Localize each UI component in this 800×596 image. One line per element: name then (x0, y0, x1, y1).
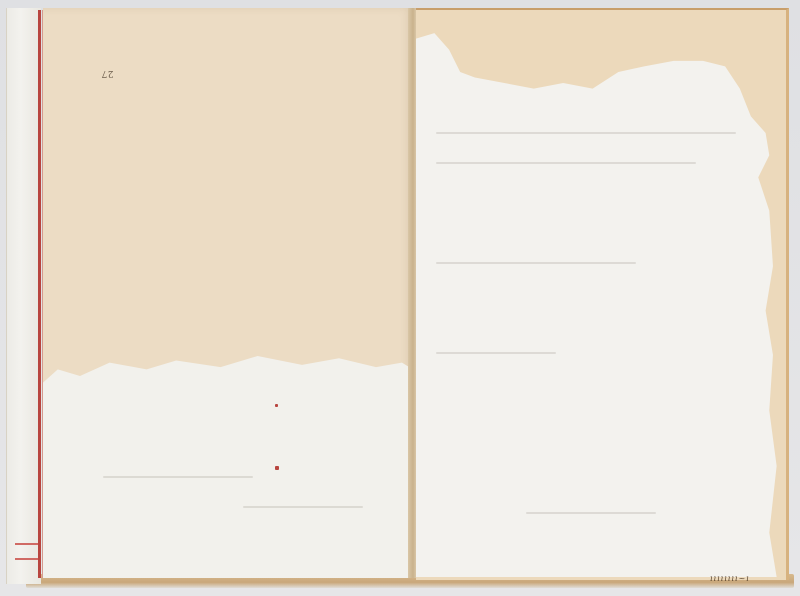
white-paint-right (416, 22, 784, 577)
faint-text-line (436, 262, 636, 264)
faint-text-line (436, 162, 696, 164)
right-page (416, 8, 789, 580)
faint-text-line (526, 512, 656, 514)
book-binding (6, 8, 41, 584)
faint-text-line (436, 352, 556, 354)
left-page: 27 (43, 8, 413, 578)
red-speck (275, 466, 279, 470)
faint-text-line (243, 506, 363, 508)
red-speck (275, 404, 278, 407)
handwritten-note: ıııııııı~ı (710, 574, 750, 583)
red-margin-line-thin (42, 10, 43, 578)
red-margin-line (38, 10, 41, 578)
faint-text-line (103, 476, 253, 478)
photo-scene: 27 ıııııııı~ı (0, 0, 800, 596)
white-paint-left (43, 356, 413, 578)
faint-text-line (436, 132, 736, 134)
page-number: 27 (101, 68, 113, 78)
